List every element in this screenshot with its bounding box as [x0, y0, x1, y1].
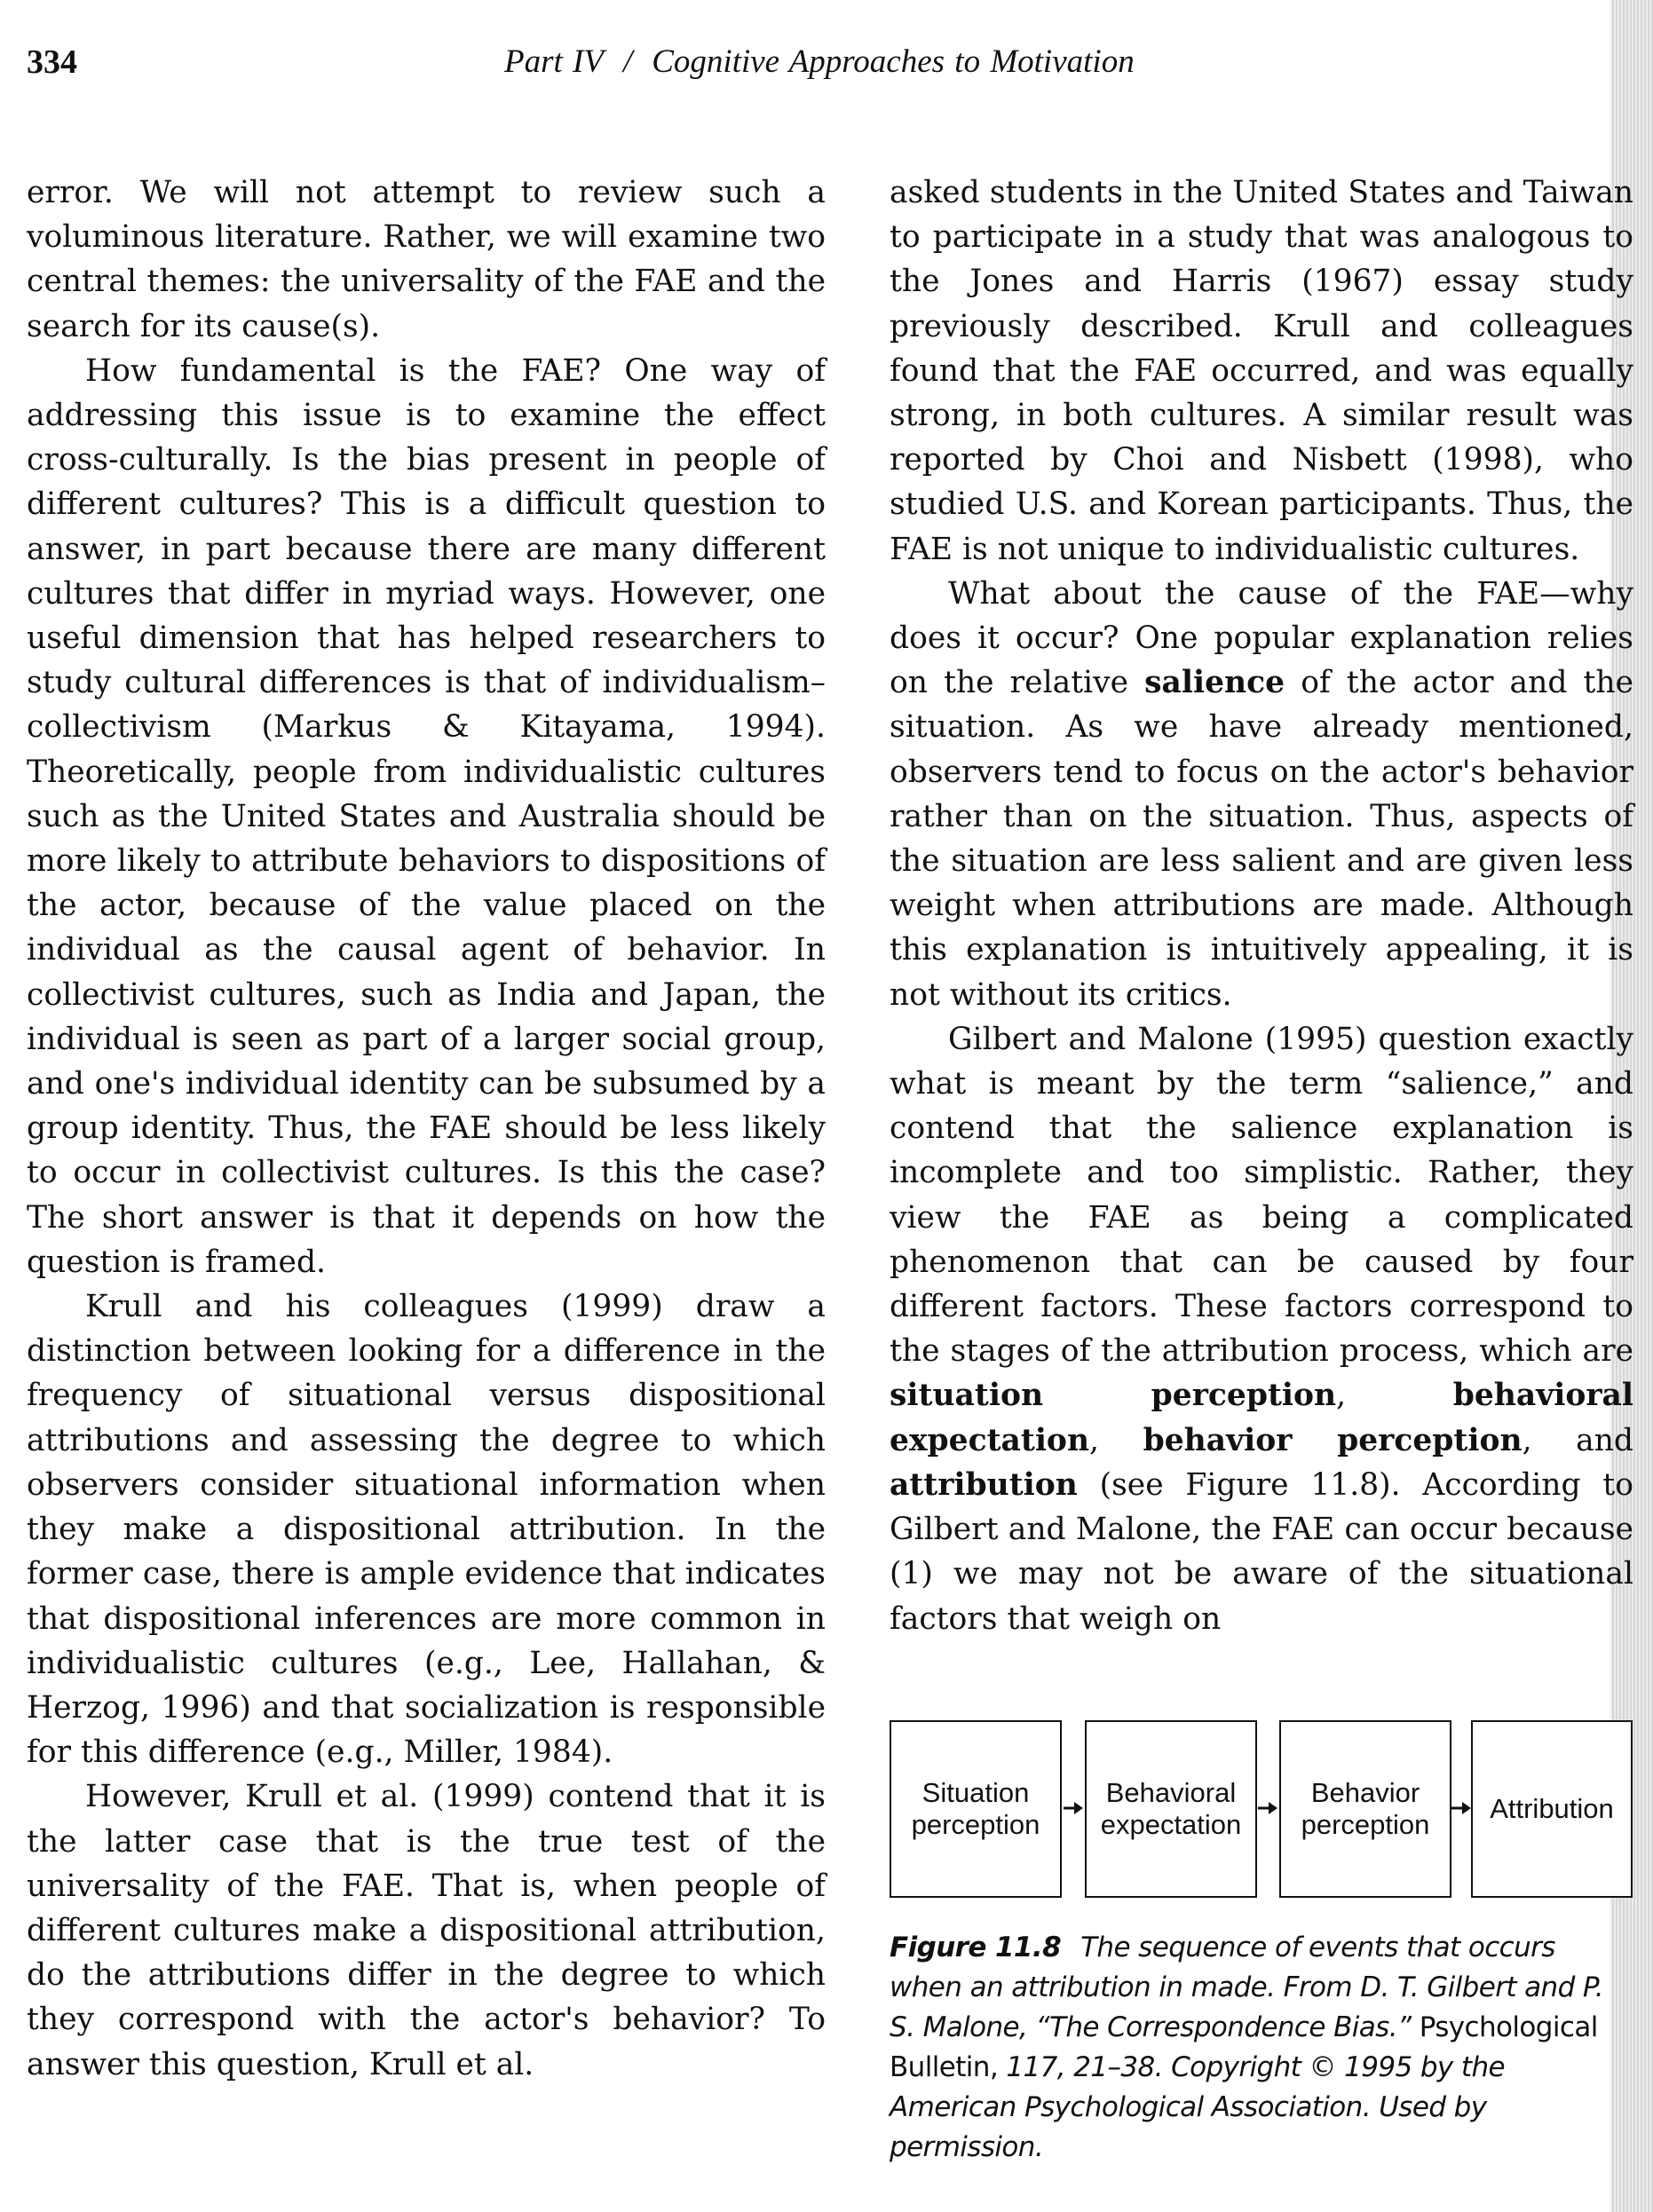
running-head-title: Part IV/Cognitive Approaches to Motivati…	[504, 43, 1135, 81]
paragraph: Krull and his colleagues (1999) draw a d…	[27, 1284, 826, 1774]
text-run: , and	[1522, 1423, 1633, 1458]
text-run: ,	[1336, 1378, 1453, 1413]
figure-caption: Figure 11.8The sequence of events that o…	[890, 1928, 1635, 2168]
chapter-title: Cognitive Approaches to Motivation	[652, 43, 1134, 80]
paragraph: How fundamental is the FAE? One way of a…	[27, 349, 826, 1284]
left-column: error. We will not attempt to review suc…	[27, 170, 826, 2087]
paragraph: asked students in the United States and …	[890, 170, 1633, 572]
box-label: Situation	[922, 1777, 1030, 1808]
stage-box-behavioral-expectation: Behavioralexpectation	[1085, 1720, 1257, 1898]
paragraph: error. We will not attempt to review suc…	[27, 170, 826, 349]
key-term-attribution: attribution	[890, 1467, 1078, 1503]
key-term-salience: salience	[1144, 665, 1285, 700]
figure-11-8-diagram: Situationperception Behavioralexpectatio…	[890, 1720, 1635, 1900]
paragraph: However, Krull et al. (1999) contend tha…	[27, 1774, 826, 2086]
figure-label: Figure 11.8	[890, 1932, 1061, 1963]
running-head: 334 Part IV/Cognitive Approaches to Moti…	[0, 43, 1653, 92]
box-label: expectation	[1101, 1809, 1242, 1840]
text-run: of the actor and the situation. As we ha…	[890, 665, 1633, 1012]
stage-box-behavior-perception: Behaviorperception	[1279, 1720, 1451, 1898]
text-run: Gilbert and Malone (1995) question exact…	[890, 1022, 1633, 1369]
stage-box-situation-perception: Situationperception	[890, 1720, 1062, 1898]
box-label: perception	[1301, 1809, 1430, 1840]
page-number: 334	[27, 43, 77, 82]
stage-box-attribution: Attribution	[1471, 1720, 1633, 1898]
key-term-situation-perception: situation perception	[890, 1378, 1336, 1413]
right-arrow-icon	[1064, 1800, 1083, 1816]
head-separator: /	[623, 43, 632, 80]
book-page: 334 Part IV/Cognitive Approaches to Moti…	[0, 0, 1653, 2212]
box-label: Attribution	[1490, 1793, 1614, 1824]
right-arrow-icon	[1258, 1800, 1277, 1816]
box-label: Behavioral	[1106, 1777, 1236, 1808]
part-label: Part IV	[504, 43, 604, 80]
key-term-behavior-perception: behavior perception	[1143, 1423, 1522, 1458]
text-run: ,	[1089, 1423, 1143, 1458]
box-label: Behavior	[1311, 1777, 1420, 1808]
right-arrow-icon	[1451, 1800, 1471, 1816]
box-label: perception	[912, 1809, 1040, 1840]
paragraph: Gilbert and Malone (1995) question exact…	[890, 1017, 1633, 1641]
paragraph: What about the cause of the FAE—why does…	[890, 572, 1633, 1017]
right-column: asked students in the United States and …	[890, 170, 1633, 1641]
